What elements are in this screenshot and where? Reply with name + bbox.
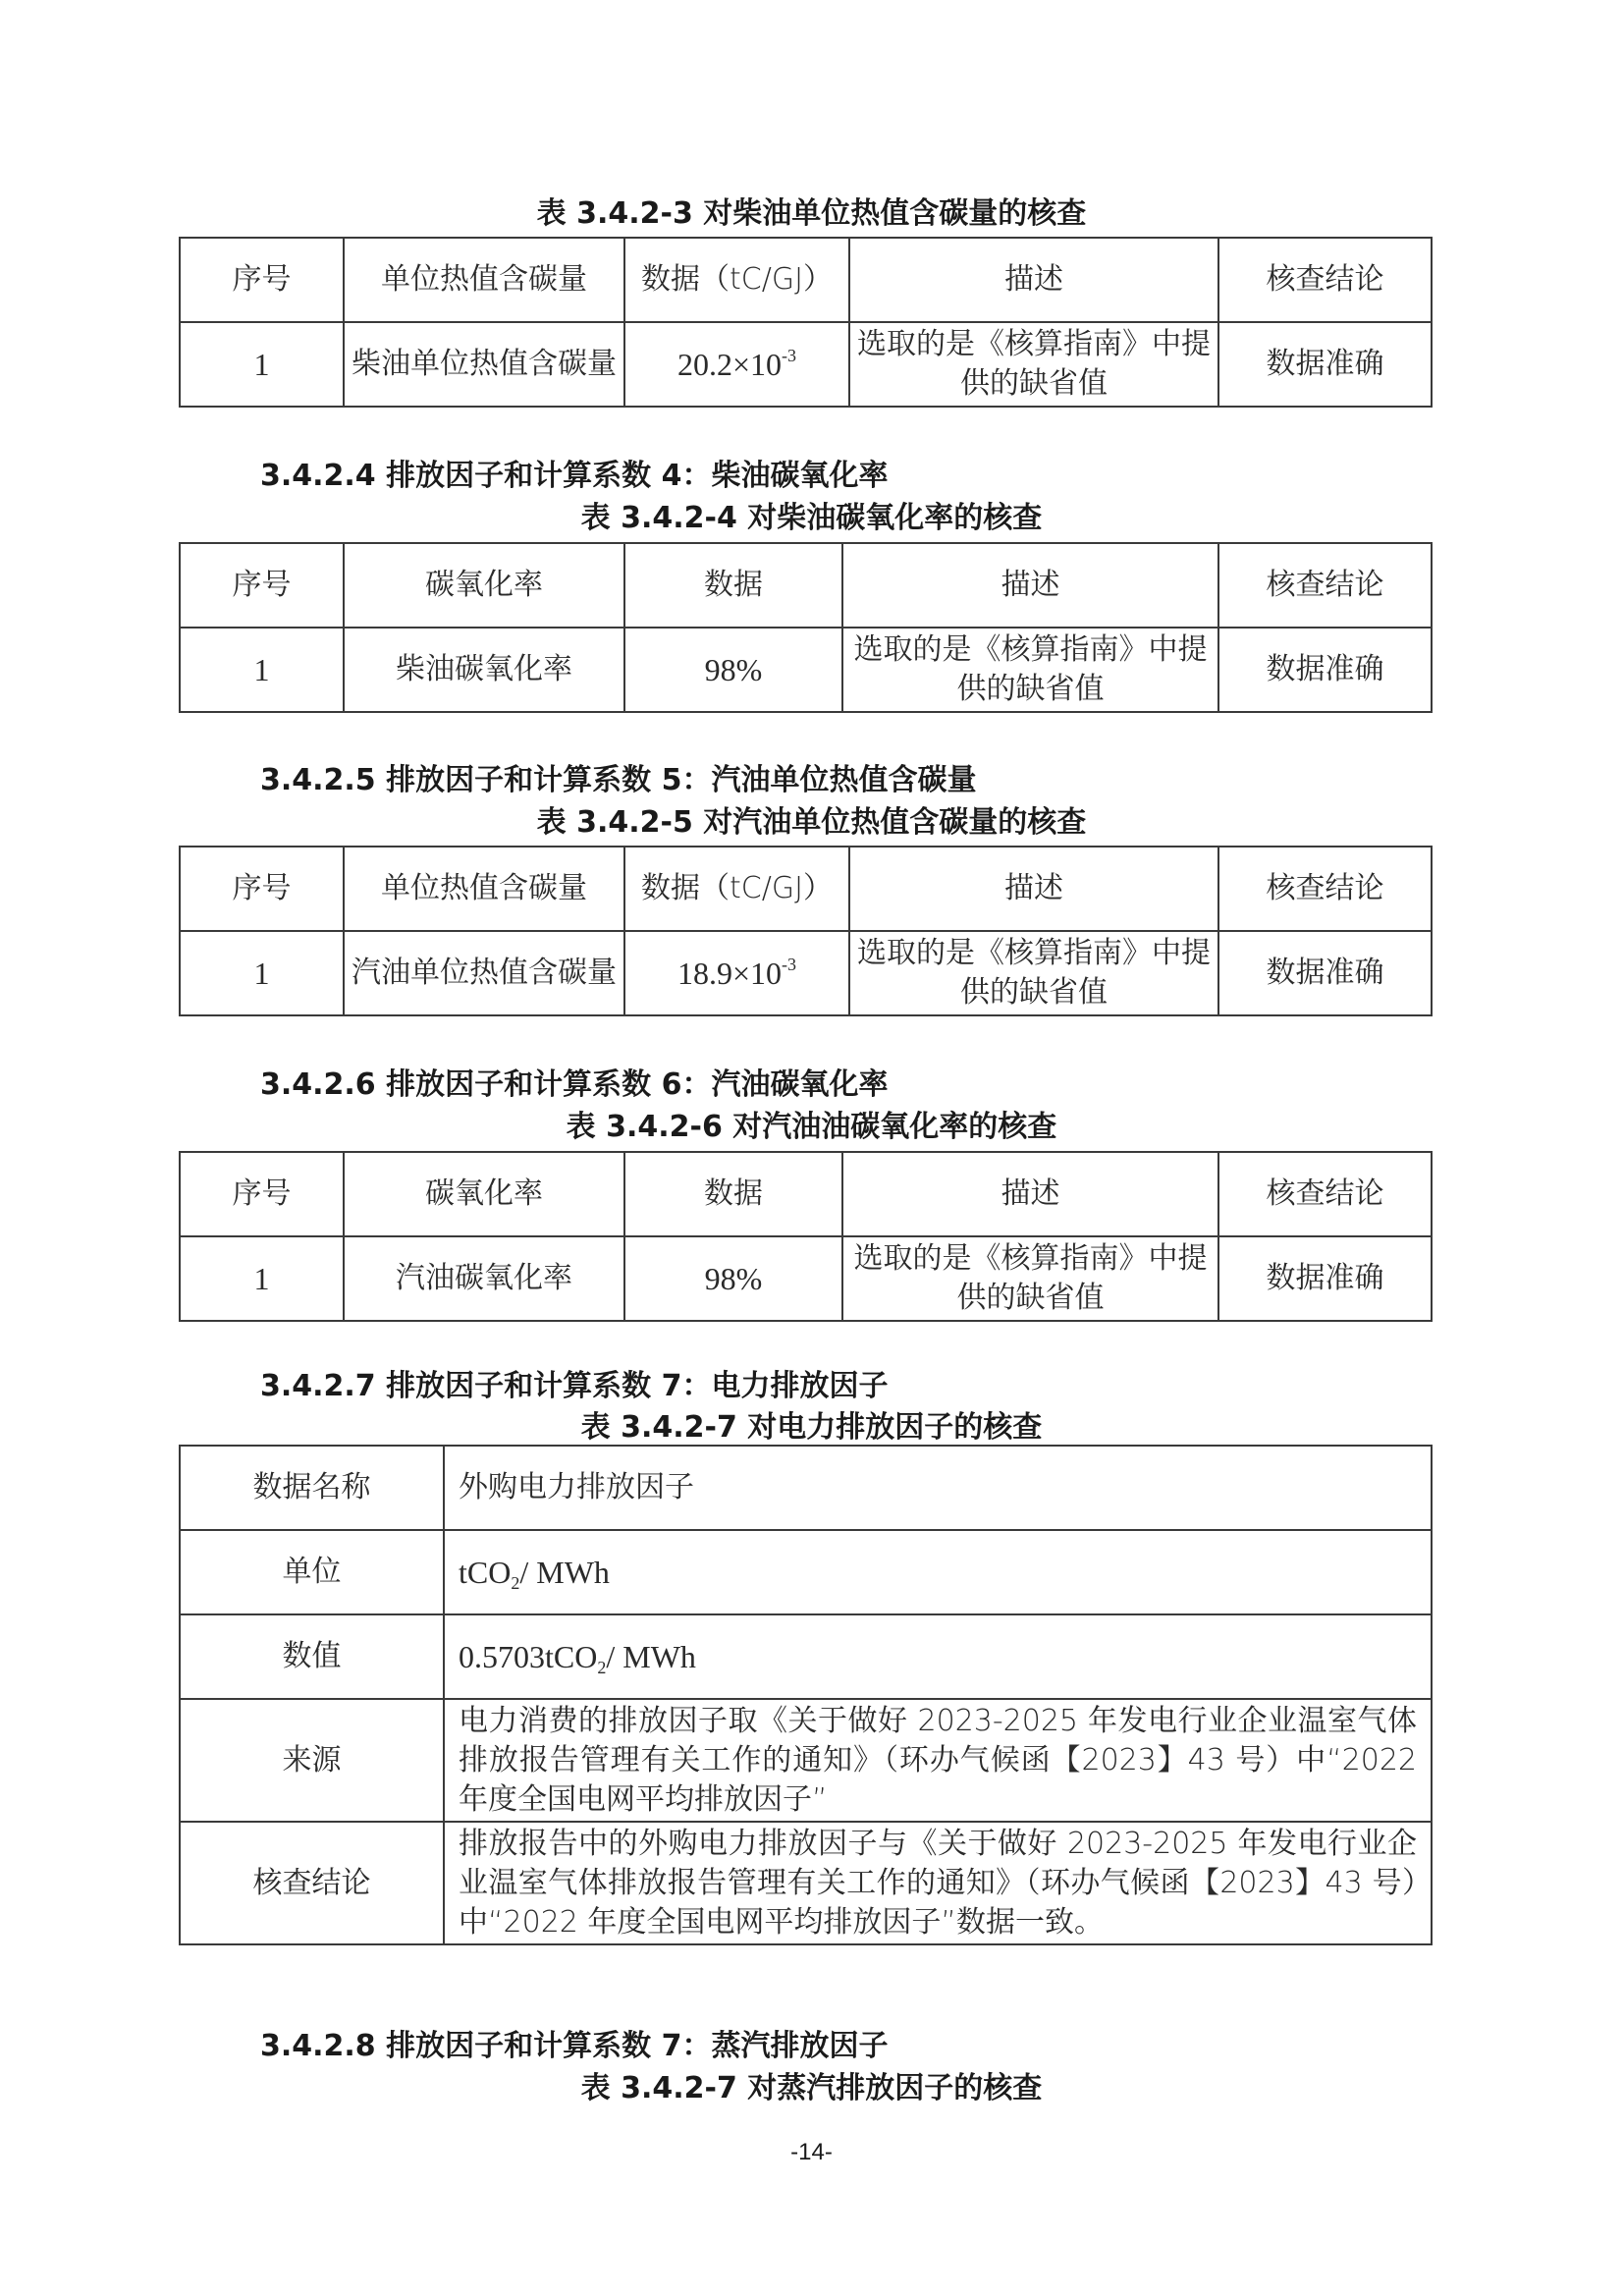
- table-row: 1 柴油单位热值含碳量 20.2×10-3 选取的是《核算指南》中提供的缺省值 …: [180, 322, 1432, 407]
- value-exponent: -3: [782, 955, 796, 974]
- header-cell: 碳氧化率: [344, 543, 624, 628]
- row-value: 98%: [624, 628, 842, 712]
- row-value: 20.2×10-3: [624, 322, 849, 407]
- row-index: 1: [180, 322, 344, 407]
- unit-text: / MWh: [519, 1555, 610, 1590]
- value-text: / MWh: [606, 1639, 696, 1674]
- header-cell: 序号: [180, 1152, 344, 1236]
- row-index: 1: [180, 1236, 344, 1321]
- header-cell: 序号: [180, 847, 344, 931]
- header-cell: 数据（tC/GJ）: [624, 238, 849, 322]
- value-base: 18.9×10: [677, 956, 782, 991]
- kv-value: 0.5703tCO2/ MWh: [444, 1614, 1432, 1699]
- row-conclusion: 数据准确: [1218, 1236, 1432, 1321]
- row-value: 98%: [624, 1236, 842, 1321]
- table-gasoline-carbon-content: 序号 单位热值含碳量 数据（tC/GJ） 描述 核查结论 1 汽油单位热值含碳量…: [179, 846, 1433, 1016]
- row-item: 柴油碳氧化率: [344, 628, 624, 712]
- header-cell: 描述: [842, 543, 1218, 628]
- value-subscript: 2: [597, 1658, 606, 1677]
- table-diesel-oxidation-rate: 序号 碳氧化率 数据 描述 核查结论 1 柴油碳氧化率 98% 选取的是《核算指…: [179, 542, 1433, 713]
- row-item: 汽油碳氧化率: [344, 1236, 624, 1321]
- value-text: 0.5703tCO: [459, 1639, 597, 1674]
- table-caption-7: 表 3.4.2-7 对电力排放因子的核查: [0, 1408, 1623, 1448]
- header-cell: 核查结论: [1218, 1152, 1432, 1236]
- header-cell: 核查结论: [1218, 543, 1432, 628]
- kv-label: 单位: [180, 1530, 444, 1614]
- table-header-row: 序号 单位热值含碳量 数据（tC/GJ） 描述 核查结论: [180, 847, 1432, 931]
- row-index: 1: [180, 628, 344, 712]
- table-header-row: 序号 碳氧化率 数据 描述 核查结论: [180, 543, 1432, 628]
- kv-row-name: 数据名称 外购电力排放因子: [180, 1446, 1432, 1530]
- table-row: 1 柴油碳氧化率 98% 选取的是《核算指南》中提供的缺省值 数据准确: [180, 628, 1432, 712]
- header-cell: 核查结论: [1218, 847, 1432, 931]
- table-caption-8: 表 3.4.2-7 对蒸汽排放因子的核查: [0, 2069, 1623, 2108]
- kv-value: 外购电力排放因子: [444, 1446, 1432, 1530]
- table-header-row: 序号 碳氧化率 数据 描述 核查结论: [180, 1152, 1432, 1236]
- header-cell: 单位热值含碳量: [344, 238, 624, 322]
- unit-subscript: 2: [511, 1573, 519, 1593]
- table-row: 1 汽油碳氧化率 98% 选取的是《核算指南》中提供的缺省值 数据准确: [180, 1236, 1432, 1321]
- value-exponent: -3: [782, 346, 796, 365]
- row-item: 柴油单位热值含碳量: [344, 322, 624, 407]
- kv-row-conclusion: 核查结论 排放报告中的外购电力排放因子与《关于做好 2023-2025 年发电行…: [180, 1822, 1432, 1944]
- row-item: 汽油单位热值含碳量: [344, 931, 624, 1015]
- kv-label: 来源: [180, 1699, 444, 1822]
- kv-value: tCO2/ MWh: [444, 1530, 1432, 1614]
- header-cell: 数据: [624, 1152, 842, 1236]
- kv-label: 数据名称: [180, 1446, 444, 1530]
- section-heading-6: 3.4.2.6 排放因子和计算系数 6：汽油碳氧化率: [260, 1066, 888, 1105]
- kv-row-unit: 单位 tCO2/ MWh: [180, 1530, 1432, 1614]
- row-description: 选取的是《核算指南》中提供的缺省值: [842, 628, 1218, 712]
- section-heading-8: 3.4.2.8 排放因子和计算系数 7：蒸汽排放因子: [260, 2027, 888, 2066]
- table-row: 1 汽油单位热值含碳量 18.9×10-3 选取的是《核算指南》中提供的缺省值 …: [180, 931, 1432, 1015]
- header-cell: 数据: [624, 543, 842, 628]
- value-base: 20.2×10: [677, 347, 782, 382]
- header-cell: 数据（tC/GJ）: [624, 847, 849, 931]
- table-caption-3: 表 3.4.2-3 对柴油单位热值含碳量的核查: [0, 194, 1623, 234]
- header-cell: 序号: [180, 238, 344, 322]
- header-cell: 描述: [842, 1152, 1218, 1236]
- table-electricity-emission-factor: 数据名称 外购电力排放因子 单位 tCO2/ MWh 数值 0.5703tCO2…: [179, 1445, 1433, 1945]
- header-cell: 描述: [849, 238, 1218, 322]
- row-conclusion: 数据准确: [1218, 931, 1432, 1015]
- section-heading-7: 3.4.2.7 排放因子和计算系数 7：电力排放因子: [260, 1367, 888, 1406]
- document-page: 表 3.4.2-3 对柴油单位热值含碳量的核查 序号 单位热值含碳量 数据（tC…: [0, 0, 1623, 2296]
- header-cell: 描述: [849, 847, 1218, 931]
- section-heading-4: 3.4.2.4 排放因子和计算系数 4：柴油碳氧化率: [260, 457, 888, 496]
- unit-text: tCO: [459, 1555, 511, 1590]
- table-gasoline-oxidation-rate: 序号 碳氧化率 数据 描述 核查结论 1 汽油碳氧化率 98% 选取的是《核算指…: [179, 1151, 1433, 1322]
- table-caption-6: 表 3.4.2-6 对汽油油碳氧化率的核查: [0, 1108, 1623, 1147]
- header-cell: 序号: [180, 543, 344, 628]
- row-description: 选取的是《核算指南》中提供的缺省值: [849, 322, 1218, 407]
- kv-row-source: 来源 电力消费的排放因子取《关于做好 2023-2025 年发电行业企业温室气体…: [180, 1699, 1432, 1822]
- row-conclusion: 数据准确: [1218, 322, 1432, 407]
- kv-value: 排放报告中的外购电力排放因子与《关于做好 2023-2025 年发电行业企业温室…: [444, 1822, 1432, 1944]
- section-heading-5: 3.4.2.5 排放因子和计算系数 5：汽油单位热值含碳量: [260, 761, 976, 800]
- header-cell: 单位热值含碳量: [344, 847, 624, 931]
- table-header-row: 序号 单位热值含碳量 数据（tC/GJ） 描述 核查结论: [180, 238, 1432, 322]
- page-number: -14-: [0, 2139, 1623, 2166]
- kv-label: 核查结论: [180, 1822, 444, 1944]
- table-caption-5: 表 3.4.2-5 对汽油单位热值含碳量的核查: [0, 803, 1623, 843]
- row-description: 选取的是《核算指南》中提供的缺省值: [849, 931, 1218, 1015]
- kv-value: 电力消费的排放因子取《关于做好 2023-2025 年发电行业企业温室气体排放报…: [444, 1699, 1432, 1822]
- row-description: 选取的是《核算指南》中提供的缺省值: [842, 1236, 1218, 1321]
- kv-label: 数值: [180, 1614, 444, 1699]
- row-value: 18.9×10-3: [624, 931, 849, 1015]
- row-conclusion: 数据准确: [1218, 628, 1432, 712]
- kv-row-value: 数值 0.5703tCO2/ MWh: [180, 1614, 1432, 1699]
- header-cell: 碳氧化率: [344, 1152, 624, 1236]
- header-cell: 核查结论: [1218, 238, 1432, 322]
- table-diesel-carbon-content: 序号 单位热值含碳量 数据（tC/GJ） 描述 核查结论 1 柴油单位热值含碳量…: [179, 237, 1433, 408]
- row-index: 1: [180, 931, 344, 1015]
- table-caption-4: 表 3.4.2-4 对柴油碳氧化率的核查: [0, 499, 1623, 538]
